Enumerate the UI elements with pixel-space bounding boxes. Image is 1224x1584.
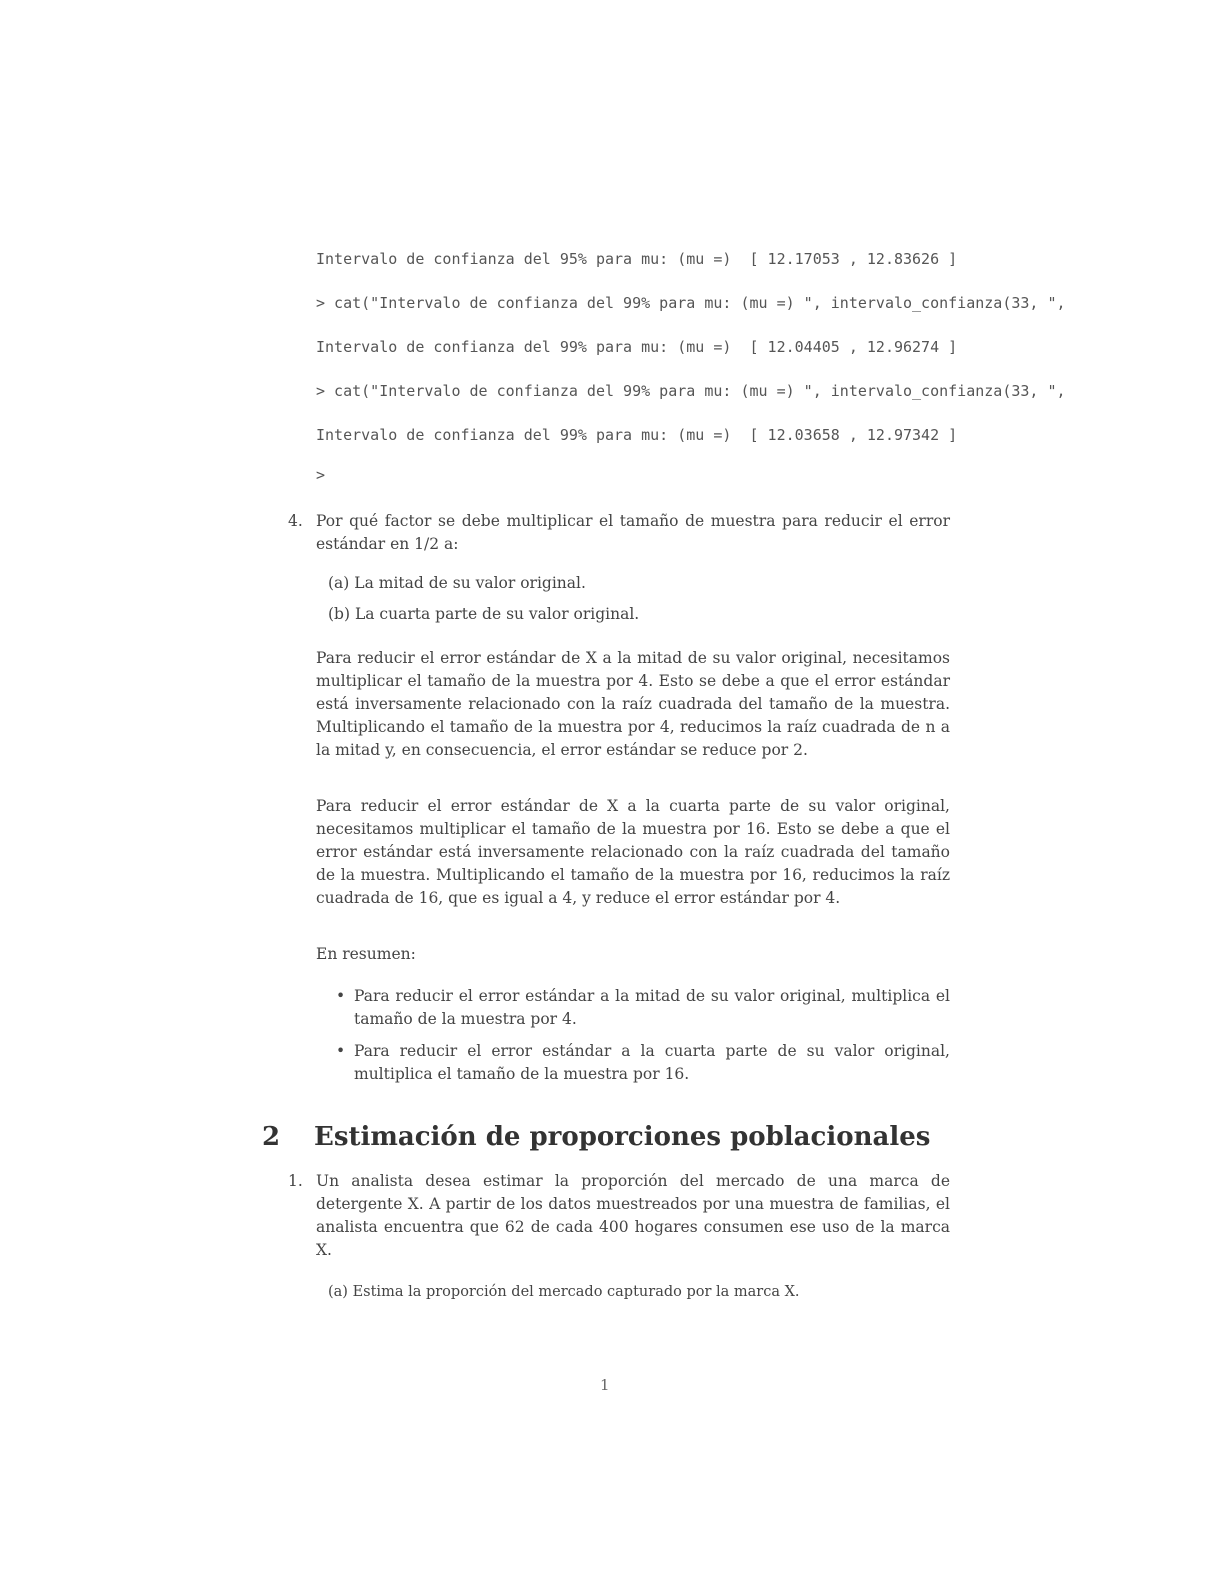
answer-paragraph-b: Para reducir el error estándar de X a la… xyxy=(316,795,950,910)
section-number: 2 xyxy=(262,1122,314,1152)
option-text: La cuarta parte de su valor original. xyxy=(355,605,639,623)
code-output-line: Intervalo de confianza del 99% para mu: … xyxy=(316,426,957,444)
summary-bullet: • Para reducir el error estándar a la mi… xyxy=(336,985,950,1031)
option-label: (b) xyxy=(328,605,350,623)
exercise-statement: Un analista desea estimar la proporción … xyxy=(316,1170,950,1262)
option-text: Estima la proporción del mercado captura… xyxy=(353,1284,800,1300)
section-title: Estimación de proporciones poblacionales xyxy=(314,1122,930,1152)
summary-bullet: • Para reducir el error estándar a la cu… xyxy=(336,1040,950,1086)
code-output-line: Intervalo de confianza del 99% para mu: … xyxy=(316,338,957,356)
code-input-line: > cat("Intervalo de confianza del 99% pa… xyxy=(316,294,1066,312)
bullet-icon: • xyxy=(336,985,345,1008)
exercise-statement: Por qué factor se debe multiplicar el ta… xyxy=(316,510,950,556)
option-a: (a) La mitad de su valor original. xyxy=(328,574,586,592)
exercise-number: 1. xyxy=(288,1172,303,1190)
code-input-line: > cat("Intervalo de confianza del 99% pa… xyxy=(316,382,1066,400)
exercise-number: 4. xyxy=(288,512,303,530)
section-heading: 2Estimación de proporciones poblacionale… xyxy=(262,1122,930,1152)
option-text: La mitad de su valor original. xyxy=(354,574,586,592)
summary-label: En resumen: xyxy=(316,943,950,966)
option-label: (a) xyxy=(328,1284,348,1300)
option-label: (a) xyxy=(328,574,349,592)
code-prompt: > xyxy=(316,466,325,484)
answer-paragraph-a: Para reducir el error estándar de X a la… xyxy=(316,647,950,762)
page-number: 1 xyxy=(600,1376,610,1394)
bullet-icon: • xyxy=(336,1040,345,1063)
option-a: (a) Estima la proporción del mercado cap… xyxy=(328,1284,800,1300)
code-output-line: Intervalo de confianza del 95% para mu: … xyxy=(316,250,957,268)
option-b: (b) La cuarta parte de su valor original… xyxy=(328,605,639,623)
